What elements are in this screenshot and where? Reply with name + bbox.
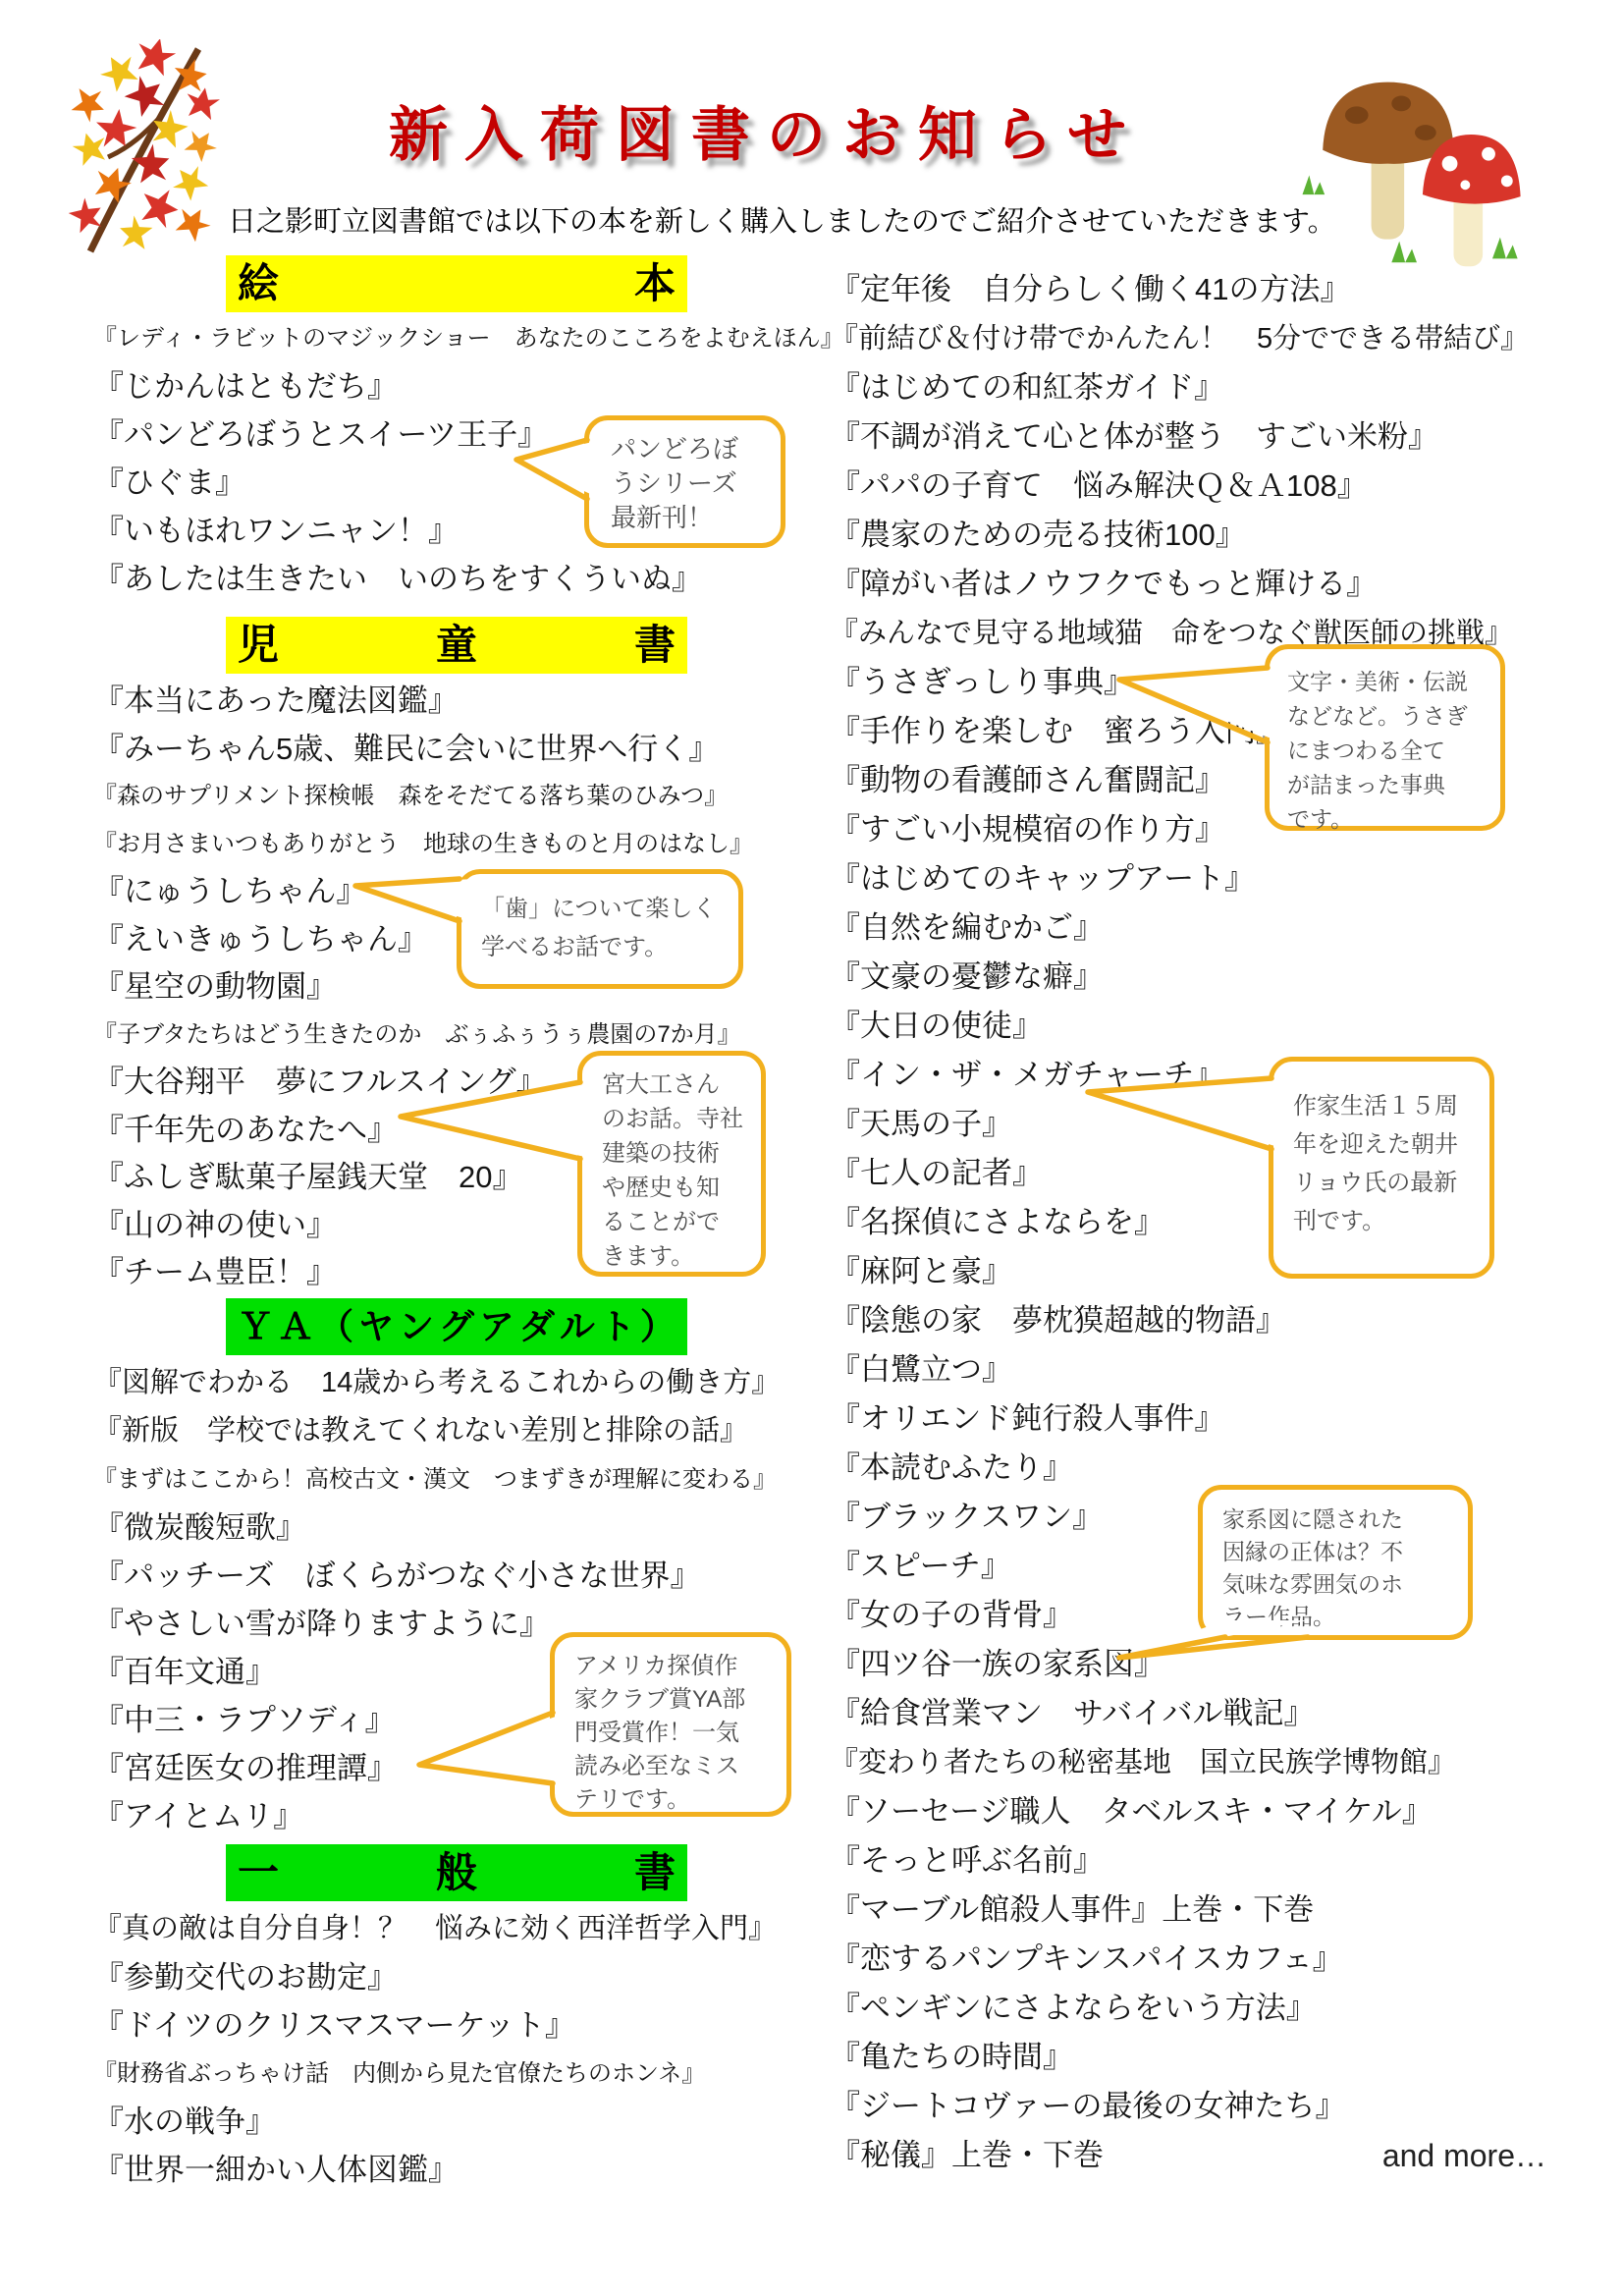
book-title: 『新版 学校では教えてくれない差別と排除の話』 xyxy=(93,1407,825,1455)
book-title: 『参勤交代のお勘定』 xyxy=(93,1953,825,2001)
book-title: 『じかんはともだち』 xyxy=(93,362,825,410)
book-title: 『イン・ザ・メガチャーチ』 xyxy=(830,1051,1615,1100)
book-title: 『定年後 自分らしく働く41の方法』 xyxy=(830,265,1615,314)
book-title: 『文豪の憂鬱な癖』 xyxy=(830,953,1615,1002)
book-title: 『ジートコヴァーの最後の女神たち』 xyxy=(830,2082,1615,2131)
section-header-jidosho: 児童書 xyxy=(226,617,687,674)
book-title: 『秘儀』上巻・下巻 xyxy=(830,2131,1104,2180)
book-title: 『本当にあった魔法図鑑』 xyxy=(93,678,825,726)
book-title: 『大日の使徒』 xyxy=(830,1002,1615,1051)
ippansho-book-list-left: 『真の敵は自分自身！？ 悩みに効く西洋哲学入門』 『参勤交代のお勘定』 『ドイツ… xyxy=(93,1905,825,2194)
book-title: 『森のサプリメント探検帳 森をそだてる落ち葉のひみつ』 xyxy=(93,773,825,821)
callout-pandorobo: パンどろぼ うシリーズ 最新刊！ xyxy=(584,415,785,548)
library-flyer-page: 新入荷図書のお知らせ 日之影町立図書館では以下の本を新しく購入しましたのでご紹介… xyxy=(0,0,1623,2296)
book-title: 『パパの子育て 悩み解決Ｑ＆Ａ108』 xyxy=(830,462,1615,511)
book-title: 『自然を編むかご』 xyxy=(830,903,1615,953)
book-title: 『七人の記者』 xyxy=(830,1149,1615,1198)
callout-mystery-award: アメリカ探偵作 家クラブ賞YA部 門受賞作！一気 読み必至なミス テリです。 xyxy=(550,1632,791,1817)
book-title: 『天馬の子』 xyxy=(830,1100,1615,1149)
book-title: 『四ツ谷一族の家系図』 xyxy=(830,1640,1615,1689)
book-title: 『ペンギンにさよならをいう方法』 xyxy=(830,1984,1615,2033)
book-title: 『図解でわかる 14歳から考えるこれからの働き方』 xyxy=(93,1359,825,1407)
book-title: 『マーブル館殺人事件』上巻・下巻 xyxy=(830,1886,1615,1935)
book-title: 『ソーセージ職人 タベルスキ・マイケル』 xyxy=(830,1787,1615,1836)
book-title: 『あしたは生きたい いのちをすくういぬ』 xyxy=(93,555,825,603)
callout-asai-ryo: 作家生活１５周 年を迎えた朝井 リョウ氏の最新 刊です。 xyxy=(1269,1057,1494,1279)
book-title: 『名探偵にさよならを』 xyxy=(830,1198,1615,1247)
book-title: 『オリエンド鈍行殺人事件』 xyxy=(830,1394,1615,1444)
callout-rabbit-encyclopedia: 文字・美術・伝説 などなど。うさぎ にまつわる全て が詰まった事典 です。 xyxy=(1265,644,1505,831)
book-title: 『変わり者たちの秘密基地 国立民族学博物館』 xyxy=(830,1738,1615,1787)
ippansho-book-list-right: 『定年後 自分らしく働く41の方法』 『前結び＆付け帯でかんたん！ 5分でできる… xyxy=(830,265,1615,2180)
book-title: 『はじめてのキャップアート』 xyxy=(830,854,1615,903)
book-title: 『微炭酸短歌』 xyxy=(93,1503,825,1552)
book-title: 『世界一細かい人体図鑑』 xyxy=(93,2146,825,2194)
book-title: 『財務省ぶっちゃけ話 内側から見た官僚たちのホンネ』 xyxy=(93,2050,825,2098)
book-title: 『水の戦争』 xyxy=(93,2098,825,2146)
section-header-ehon: 絵本 xyxy=(226,255,687,312)
book-title: 『はじめての和紅茶ガイド』 xyxy=(830,363,1615,412)
callout-teeth-story: 「歯」について楽しく 学べるお話です。 xyxy=(457,869,743,989)
book-title: 『レディ・ラビットのマジックショー あなたのこころをよむえほん』 xyxy=(93,314,825,362)
book-title: 『お月さまいつもありがとう 地球の生きものと月のはなし』 xyxy=(93,821,825,869)
book-title: 『恋するパンプキンスパイスカフェ』 xyxy=(830,1935,1615,1984)
mushrooms-illustration xyxy=(1298,57,1532,285)
book-title: 『麻阿と豪』 xyxy=(830,1247,1615,1296)
book-title-row: 『秘儀』上巻・下巻 and more… xyxy=(830,2131,1615,2180)
callout-family-tree-horror: 家系図に隠された 因縁の正体は？不 気味な雰囲気のホ ラー作品。 xyxy=(1198,1485,1473,1640)
book-title: 『陰態の家 夢枕獏超越的物語』 xyxy=(830,1296,1615,1345)
book-title: 『不調が消えて心と体が整う すごい米粉』 xyxy=(830,412,1615,462)
book-title: 『真の敵は自分自身！？ 悩みに効く西洋哲学入門』 xyxy=(93,1905,825,1953)
book-title: 『まずはここから！高校古文・漢文 つまずきが理解に変わる』 xyxy=(93,1455,825,1503)
book-title: 『みーちゃん5歳、難民に会いに世界へ行く』 xyxy=(93,726,825,774)
book-title: 『給食営業マン サバイバル戦記』 xyxy=(830,1689,1615,1738)
section-header-ippansho: 一般書 xyxy=(226,1844,687,1901)
book-title: 『障がい者はノウフクでもっと輝ける』 xyxy=(830,560,1615,609)
callout-miyadaiku: 宮大工さん のお話。寺社 建築の技術 や歴史も知 ることがで きます。 xyxy=(577,1051,766,1277)
book-title: 『前結び＆付け帯でかんたん！ 5分でできる帯結び』 xyxy=(830,314,1615,363)
book-title: 『白鷺立つ』 xyxy=(830,1345,1615,1394)
page-title: 新入荷図書のお知らせ xyxy=(245,88,1286,173)
section-header-ya: ＹＡ（ヤングアダルト） xyxy=(226,1298,687,1355)
book-title: 『亀たちの時間』 xyxy=(830,2033,1615,2082)
and-more-label: and more… xyxy=(1382,2131,1546,2180)
book-title: 『パッチーズ ぼくらがつなぐ小さな世界』 xyxy=(93,1552,825,1600)
book-title: 『そっと呼ぶ名前』 xyxy=(830,1836,1615,1886)
book-title: 『ドイツのクリスマスマーケット』 xyxy=(93,2001,825,2050)
page-subtitle: 日之影町立図書館では以下の本を新しく購入しましたのでご紹介させていただきます。 xyxy=(228,199,1336,240)
book-title: 『農家のための売る技術100』 xyxy=(830,511,1615,560)
